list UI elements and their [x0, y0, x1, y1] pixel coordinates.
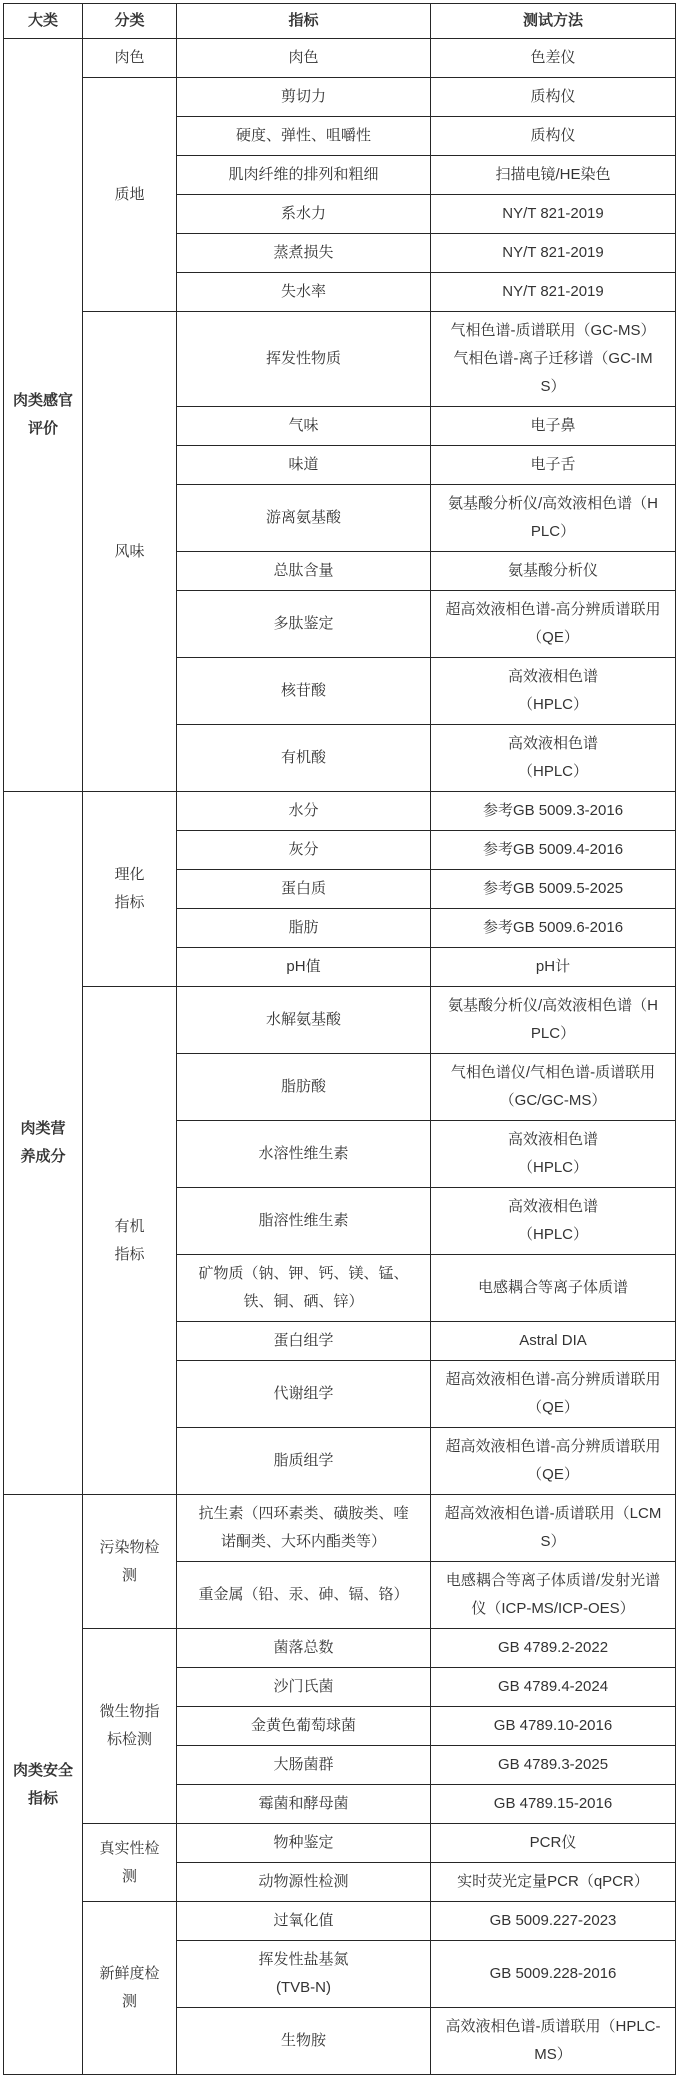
method-cell: NY/T 821-2019 [431, 273, 676, 312]
indicator-cell: 蛋白组学 [177, 1322, 431, 1361]
indicator-cell: pH值 [177, 948, 431, 987]
indicator-cell: 脂溶性维生素 [177, 1188, 431, 1255]
method-cell: NY/T 821-2019 [431, 195, 676, 234]
table-row: 肉类营 养成分理化 指标水分参考GB 5009.3-2016 [4, 792, 676, 831]
method-cell: 质构仪 [431, 78, 676, 117]
method-cell: PCR仪 [431, 1824, 676, 1863]
indicator-cell: 总肽含量 [177, 552, 431, 591]
indicator-cell: 气味 [177, 407, 431, 446]
method-cell: 参考GB 5009.4-2016 [431, 831, 676, 870]
method-cell: 氨基酸分析仪/高效液相色谱（H PLC） [431, 485, 676, 552]
method-cell: 超高效液相色谱-高分辨质谱联用 （QE） [431, 1361, 676, 1428]
method-cell: 超高效液相色谱-质谱联用（LCM S） [431, 1495, 676, 1562]
indicator-cell: 挥发性盐基氮 (TVB-N) [177, 1941, 431, 2008]
table-row: 肉类安全 指标污染物检 测抗生素（四环素类、磺胺类、喹 诺酮类、大环内酯类等）超… [4, 1495, 676, 1562]
indicator-cell: 肌肉纤维的排列和粗细 [177, 156, 431, 195]
indicator-cell: 菌落总数 [177, 1629, 431, 1668]
column-header-category: 分类 [83, 4, 177, 39]
indicator-cell: 脂肪 [177, 909, 431, 948]
category-cell: 质地 [83, 78, 177, 312]
category-cell: 肉色 [83, 39, 177, 78]
method-cell: 气相色谱仪/气相色谱-质谱联用 （GC/GC-MS） [431, 1054, 676, 1121]
category-cell: 微生物指 标检测 [83, 1629, 177, 1824]
indicator-cell: 硬度、弹性、咀嚼性 [177, 117, 431, 156]
indicator-cell: 生物胺 [177, 2008, 431, 2075]
category-cell: 新鲜度检 测 [83, 1902, 177, 2075]
method-cell: GB 4789.2-2022 [431, 1629, 676, 1668]
table-body: 肉类感官 评价肉色肉色色差仪质地剪切力质构仪硬度、弹性、咀嚼性质构仪肌肉纤维的排… [4, 39, 676, 2075]
table-header: 大类 分类 指标 测试方法 [4, 4, 676, 39]
column-header-group: 大类 [4, 4, 83, 39]
method-cell: 电感耦合等离子体质谱 [431, 1255, 676, 1322]
indicator-cell: 代谢组学 [177, 1361, 431, 1428]
header-row: 大类 分类 指标 测试方法 [4, 4, 676, 39]
indicator-cell: 重金属（铅、汞、砷、镉、铬） [177, 1562, 431, 1629]
indicator-cell: 多肽鉴定 [177, 591, 431, 658]
indicator-cell: 霉菌和酵母菌 [177, 1785, 431, 1824]
indicator-cell: 水溶性维生素 [177, 1121, 431, 1188]
indicator-cell: 系水力 [177, 195, 431, 234]
table-row: 真实性检 测物种鉴定PCR仪 [4, 1824, 676, 1863]
indicator-cell: 脂肪酸 [177, 1054, 431, 1121]
table-row: 质地剪切力质构仪 [4, 78, 676, 117]
indicator-cell: 剪切力 [177, 78, 431, 117]
indicator-cell: 挥发性物质 [177, 312, 431, 407]
method-cell: 气相色谱-质谱联用（GC-MS） 气相色谱-离子迁移谱（GC-IM S） [431, 312, 676, 407]
method-cell: 参考GB 5009.3-2016 [431, 792, 676, 831]
method-cell: GB 5009.227-2023 [431, 1902, 676, 1941]
method-cell: 扫描电镜/HE染色 [431, 156, 676, 195]
method-cell: GB 4789.4-2024 [431, 1668, 676, 1707]
category-cell: 风味 [83, 312, 177, 792]
method-cell: 高效液相色谱-质谱联用（HPLC- MS） [431, 2008, 676, 2075]
indicator-cell: 金黄色葡萄球菌 [177, 1707, 431, 1746]
column-header-indicator: 指标 [177, 4, 431, 39]
method-cell: GB 4789.10-2016 [431, 1707, 676, 1746]
indicator-cell: 有机酸 [177, 725, 431, 792]
method-cell: 高效液相色谱 （HPLC） [431, 725, 676, 792]
indicator-cell: 过氧化值 [177, 1902, 431, 1941]
method-cell: 高效液相色谱 （HPLC） [431, 1121, 676, 1188]
indicator-cell: 物种鉴定 [177, 1824, 431, 1863]
group-cell: 肉类营 养成分 [4, 792, 83, 1495]
indicator-cell: 肉色 [177, 39, 431, 78]
method-cell: 质构仪 [431, 117, 676, 156]
method-cell: 高效液相色谱 （HPLC） [431, 658, 676, 725]
method-cell: 色差仪 [431, 39, 676, 78]
method-cell: 电感耦合等离子体质谱/发射光谱 仪（ICP-MS/ICP-OES） [431, 1562, 676, 1629]
table-row: 微生物指 标检测菌落总数GB 4789.2-2022 [4, 1629, 676, 1668]
method-cell: 电子舌 [431, 446, 676, 485]
category-cell: 真实性检 测 [83, 1824, 177, 1902]
method-cell: 高效液相色谱 （HPLC） [431, 1188, 676, 1255]
indicator-cell: 动物源性检测 [177, 1863, 431, 1902]
test-methods-table: 大类 分类 指标 测试方法 肉类感官 评价肉色肉色色差仪质地剪切力质构仪硬度、弹… [3, 3, 676, 2075]
indicator-cell: 味道 [177, 446, 431, 485]
method-cell: 氨基酸分析仪 [431, 552, 676, 591]
category-cell: 有机 指标 [83, 987, 177, 1495]
method-cell: GB 4789.15-2016 [431, 1785, 676, 1824]
table-row: 肉类感官 评价肉色肉色色差仪 [4, 39, 676, 78]
table-row: 新鲜度检 测过氧化值GB 5009.227-2023 [4, 1902, 676, 1941]
indicator-cell: 脂质组学 [177, 1428, 431, 1495]
indicator-cell: 矿物质（钠、钾、钙、镁、锰、 铁、铜、硒、锌） [177, 1255, 431, 1322]
indicator-cell: 灰分 [177, 831, 431, 870]
indicator-cell: 沙门氏菌 [177, 1668, 431, 1707]
group-cell: 肉类感官 评价 [4, 39, 83, 792]
method-cell: 氨基酸分析仪/高效液相色谱（H PLC） [431, 987, 676, 1054]
indicator-cell: 游离氨基酸 [177, 485, 431, 552]
table-row: 有机 指标水解氨基酸氨基酸分析仪/高效液相色谱（H PLC） [4, 987, 676, 1054]
method-cell: 参考GB 5009.6-2016 [431, 909, 676, 948]
indicator-cell: 蒸煮损失 [177, 234, 431, 273]
method-cell: 超高效液相色谱-高分辨质谱联用 （QE） [431, 1428, 676, 1495]
indicator-cell: 抗生素（四环素类、磺胺类、喹 诺酮类、大环内酯类等） [177, 1495, 431, 1562]
category-cell: 理化 指标 [83, 792, 177, 987]
method-cell: GB 5009.228-2016 [431, 1941, 676, 2008]
page: 大类 分类 指标 测试方法 肉类感官 评价肉色肉色色差仪质地剪切力质构仪硬度、弹… [0, 0, 679, 2085]
indicator-cell: 蛋白质 [177, 870, 431, 909]
group-cell: 肉类安全 指标 [4, 1495, 83, 2075]
table-row: 风味挥发性物质气相色谱-质谱联用（GC-MS） 气相色谱-离子迁移谱（GC-IM… [4, 312, 676, 407]
indicator-cell: 失水率 [177, 273, 431, 312]
method-cell: 电子鼻 [431, 407, 676, 446]
indicator-cell: 水分 [177, 792, 431, 831]
method-cell: NY/T 821-2019 [431, 234, 676, 273]
method-cell: 实时荧光定量PCR（qPCR） [431, 1863, 676, 1902]
method-cell: GB 4789.3-2025 [431, 1746, 676, 1785]
method-cell: 超高效液相色谱-高分辨质谱联用 （QE） [431, 591, 676, 658]
method-cell: Astral DIA [431, 1322, 676, 1361]
indicator-cell: 水解氨基酸 [177, 987, 431, 1054]
method-cell: 参考GB 5009.5-2025 [431, 870, 676, 909]
indicator-cell: 核苷酸 [177, 658, 431, 725]
indicator-cell: 大肠菌群 [177, 1746, 431, 1785]
category-cell: 污染物检 测 [83, 1495, 177, 1629]
column-header-method: 测试方法 [431, 4, 676, 39]
method-cell: pH计 [431, 948, 676, 987]
